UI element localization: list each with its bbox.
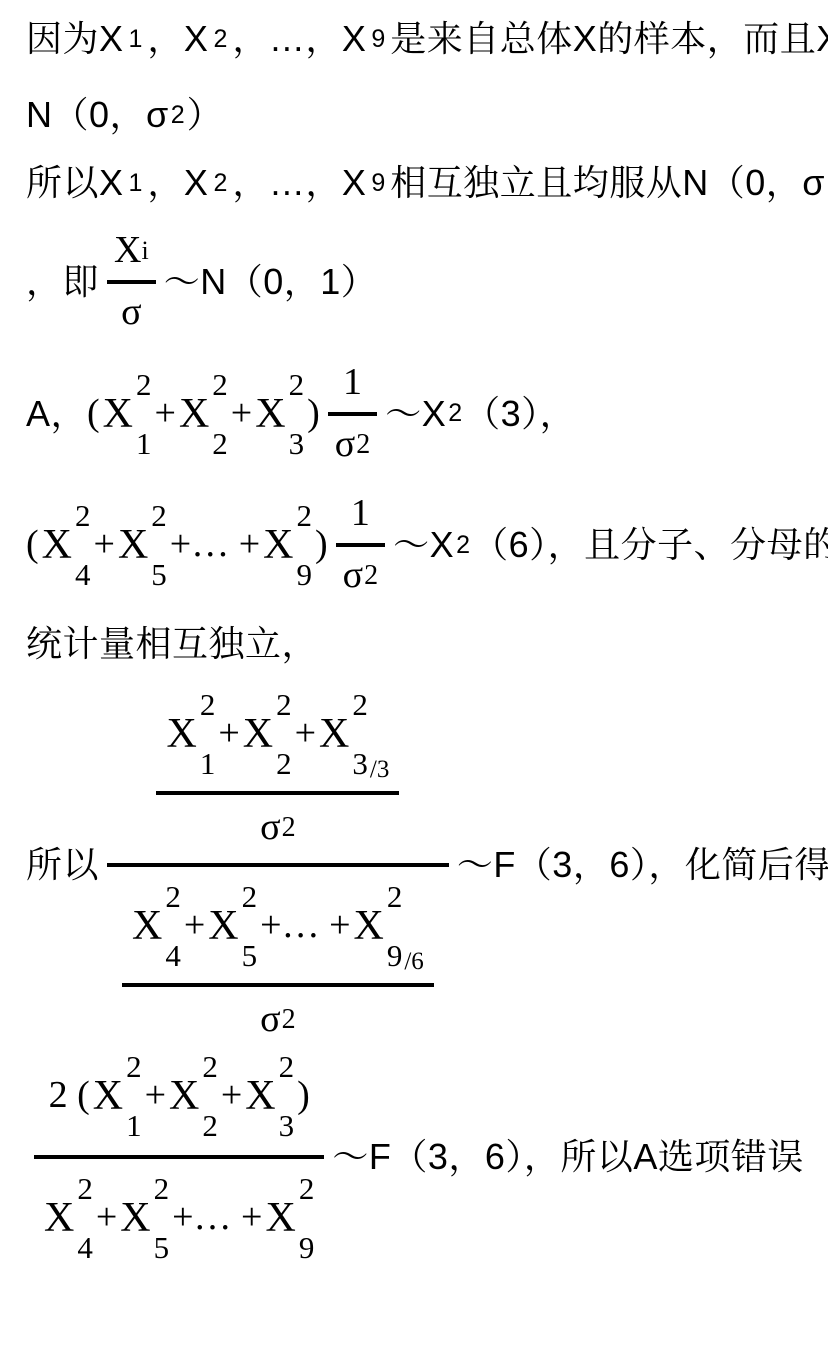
subscript-index: 4 bbox=[77, 1232, 93, 1263]
math-text: + bbox=[221, 1075, 242, 1117]
superscript: 2 bbox=[289, 369, 305, 400]
subscript-index: 9 bbox=[299, 1232, 315, 1263]
x-squared-term: X22 bbox=[169, 1051, 218, 1141]
script-stack: 21 bbox=[200, 689, 216, 779]
text: 相互独立且均服从N（0，σ bbox=[390, 160, 825, 206]
math-text: X bbox=[114, 230, 141, 272]
subscript: 1 bbox=[200, 748, 216, 779]
subscript-index: 2 bbox=[212, 428, 228, 459]
math-text: 1 bbox=[351, 493, 370, 535]
script-stack: 23 bbox=[279, 1051, 295, 1141]
math-text: ) bbox=[315, 524, 328, 566]
superscript: 2 bbox=[242, 881, 258, 912]
text: ～F（3，6），化简后得 bbox=[457, 842, 828, 888]
superscript: 2 bbox=[387, 881, 403, 912]
subscript: 5 bbox=[242, 940, 258, 971]
text: ，即 bbox=[26, 259, 99, 305]
script-stack: 25 bbox=[154, 1173, 170, 1263]
subscript: 9 bbox=[297, 559, 313, 590]
text: ，X bbox=[147, 16, 208, 62]
subscript: 2 bbox=[202, 1110, 218, 1141]
x-squared-term: X23 bbox=[245, 1051, 294, 1141]
subscript-index: 1 bbox=[136, 428, 152, 459]
x-squared-term: X24 bbox=[132, 881, 181, 971]
numerator: 1 bbox=[336, 362, 369, 404]
text: ，…，X bbox=[232, 16, 366, 62]
base-symbol: X bbox=[243, 713, 273, 755]
superscript: 2 bbox=[297, 500, 313, 531]
math-text: + bbox=[155, 393, 176, 435]
math-text: + bbox=[94, 524, 115, 566]
fraction-bar bbox=[328, 412, 377, 416]
x-squared-term: X21 bbox=[103, 369, 152, 459]
math-text: + bbox=[145, 1075, 166, 1117]
text: 统计量相互独立， bbox=[26, 621, 318, 667]
denominator: X24+X25+… +X29/6σ2 bbox=[107, 881, 449, 1041]
script-stack: 25 bbox=[242, 881, 258, 971]
base-symbol: X bbox=[354, 905, 384, 947]
subscript: 4 bbox=[75, 559, 91, 590]
subscript: 5 bbox=[151, 559, 167, 590]
fraction-bar bbox=[122, 983, 434, 987]
superscript: 2 bbox=[448, 401, 462, 426]
superscript: 2 bbox=[200, 689, 216, 720]
math-text: +… + bbox=[260, 905, 350, 947]
x-squared-term: X22 bbox=[179, 369, 228, 459]
fraction: 1σ2 bbox=[328, 362, 377, 466]
script-stack: 29/6 bbox=[387, 881, 424, 971]
superscript: 2 bbox=[151, 500, 167, 531]
superscript: 2 bbox=[77, 1173, 93, 1204]
script-stack: 24 bbox=[77, 1173, 93, 1263]
text: 所以 bbox=[26, 842, 99, 888]
script-stack: 22 bbox=[212, 369, 228, 459]
text: ，X bbox=[147, 160, 208, 206]
x-squared-term: X21 bbox=[93, 1051, 142, 1141]
x-squared-term: X25 bbox=[118, 500, 167, 590]
x-squared-term: X29/6 bbox=[354, 881, 424, 971]
math-superscript: 2 bbox=[356, 431, 370, 459]
math-text: +… + bbox=[172, 1197, 262, 1239]
math-line-4: ，即Xiσ～N（0，1） bbox=[26, 230, 822, 334]
superscript: 2 bbox=[279, 1051, 295, 1082]
text: ，…，X bbox=[232, 160, 366, 206]
math-superscript: 2 bbox=[364, 562, 378, 590]
base-symbol: X bbox=[93, 1075, 123, 1117]
math-text: 1 bbox=[343, 362, 362, 404]
x-squared-term: X29 bbox=[263, 500, 312, 590]
subscript: 3 bbox=[279, 1110, 295, 1141]
numerator: X21+X22+X23/3 bbox=[156, 689, 399, 779]
x-squared-term: X25 bbox=[208, 881, 257, 971]
subscript-index: 4 bbox=[165, 940, 181, 971]
subscript: 9/6 bbox=[387, 940, 424, 971]
subscript: 1 bbox=[129, 27, 143, 52]
fraction: X24+X25+… +X29/6σ2 bbox=[122, 881, 434, 1041]
base-symbol: X bbox=[319, 713, 349, 755]
solution-document: 因为X1，X2，…，X9是来自总体X的样本，而且X～N（0，σ2）所以X1，X2… bbox=[0, 0, 828, 1263]
math-text: + bbox=[218, 713, 239, 755]
superscript: 2 bbox=[171, 103, 185, 128]
denominator: σ2 bbox=[336, 555, 385, 597]
fraction-bar bbox=[156, 791, 399, 795]
base-symbol: X bbox=[208, 905, 238, 947]
subscript: 2 bbox=[213, 27, 227, 52]
subscript-index: 5 bbox=[242, 940, 258, 971]
subscript-index: 4 bbox=[75, 559, 91, 590]
math-text: + bbox=[96, 1197, 117, 1239]
base-symbol: X bbox=[132, 905, 162, 947]
base-symbol: X bbox=[255, 393, 285, 435]
math-text: σ bbox=[260, 807, 280, 849]
subscript: 9 bbox=[299, 1232, 315, 1263]
denominator: σ bbox=[114, 292, 148, 334]
subscript-index: 9 bbox=[387, 940, 403, 971]
math-text: σ bbox=[260, 999, 280, 1041]
subscript: 2 bbox=[213, 171, 227, 196]
subscript: 1 bbox=[136, 428, 152, 459]
subscript: 9 bbox=[371, 27, 385, 52]
fraction-bar bbox=[107, 280, 156, 284]
script-stack: 21 bbox=[136, 369, 152, 459]
x-squared-term: X23 bbox=[255, 369, 304, 459]
math-line-6: (X24+X25+… +X29)1σ2～X2（6），且分子、分母的 bbox=[26, 493, 822, 597]
script-stack: 23/3 bbox=[352, 689, 389, 779]
script-stack: 29 bbox=[297, 500, 313, 590]
subscript-index: 3 bbox=[352, 748, 368, 779]
divide-annotation: /6 bbox=[404, 949, 423, 974]
math-superscript: 2 bbox=[282, 814, 296, 842]
script-stack: 22 bbox=[276, 689, 292, 779]
fraction: X21+X22+X23/3σ2X24+X25+… +X29/6σ2 bbox=[107, 689, 449, 1041]
x-squared-term: X22 bbox=[243, 689, 292, 779]
superscript: 2 bbox=[154, 1173, 170, 1204]
superscript: 2 bbox=[165, 881, 181, 912]
subscript: 5 bbox=[154, 1232, 170, 1263]
text: ～F（3，6），所以A选项错误 bbox=[332, 1134, 804, 1180]
base-symbol: X bbox=[166, 713, 196, 755]
math-line-7: 统计量相互独立， bbox=[26, 621, 822, 667]
superscript: 2 bbox=[299, 1173, 315, 1204]
subscript-index: 1 bbox=[126, 1110, 142, 1141]
script-stack: 23 bbox=[289, 369, 305, 459]
script-stack: 25 bbox=[151, 500, 167, 590]
subscript-index: 2 bbox=[276, 748, 292, 779]
superscript: 2 bbox=[352, 689, 368, 720]
math-superscript: 2 bbox=[282, 1006, 296, 1034]
base-symbol: X bbox=[263, 524, 293, 566]
math-line-3: 所以X1，X2，…，X9相互独立且均服从N（0，σ2） bbox=[26, 160, 822, 206]
fraction-bar bbox=[107, 863, 449, 867]
denominator: σ2 bbox=[328, 424, 377, 466]
superscript: 2 bbox=[75, 500, 91, 531]
numerator: Xi bbox=[107, 230, 156, 272]
superscript: 2 bbox=[456, 533, 470, 558]
math-line-1: 因为X1，X2，…，X9是来自总体X的样本，而且X～ bbox=[26, 16, 822, 62]
numerator: X24+X25+… +X29/6 bbox=[122, 881, 434, 971]
subscript: 3/3 bbox=[352, 748, 389, 779]
x-squared-term: X25 bbox=[120, 1173, 169, 1263]
math-text: +… + bbox=[170, 524, 260, 566]
text: （6），且分子、分母的 bbox=[472, 522, 828, 568]
text: ） bbox=[187, 92, 224, 138]
superscript: 2 bbox=[136, 369, 152, 400]
subscript-index: 1 bbox=[200, 748, 216, 779]
x-squared-term: X23/3 bbox=[319, 689, 389, 779]
text: 所以X bbox=[26, 160, 124, 206]
fraction: Xiσ bbox=[107, 230, 156, 334]
script-stack: 21 bbox=[126, 1051, 142, 1141]
superscript: 2 bbox=[126, 1051, 142, 1082]
denominator: σ2 bbox=[253, 999, 302, 1041]
fraction: 2 (X21+X22+ X23)X24+X25+… +X29 bbox=[34, 1051, 324, 1263]
text: （3）， bbox=[464, 391, 576, 437]
text: ～X bbox=[385, 391, 446, 437]
base-symbol: X bbox=[42, 524, 72, 566]
text: ～N（0，1） bbox=[164, 259, 378, 305]
superscript: 2 bbox=[212, 369, 228, 400]
base-symbol: X bbox=[103, 393, 133, 435]
subscript: 9 bbox=[371, 171, 385, 196]
math-text: + bbox=[184, 905, 205, 947]
math-text: 2 ( bbox=[49, 1075, 90, 1117]
base-symbol: X bbox=[266, 1197, 296, 1239]
math-subscript: i bbox=[141, 238, 148, 264]
text: N（0，σ bbox=[26, 92, 169, 138]
x-squared-term: X29 bbox=[266, 1173, 315, 1263]
subscript-index: 9 bbox=[297, 559, 313, 590]
x-squared-term: X21 bbox=[166, 689, 215, 779]
math-text: ) bbox=[307, 393, 320, 435]
math-text: ) bbox=[297, 1075, 310, 1117]
fraction-bar bbox=[34, 1155, 324, 1159]
math-text: σ bbox=[343, 555, 363, 597]
math-line-8: 所以X21+X22+X23/3σ2X24+X25+… +X29/6σ2～F（3，… bbox=[26, 689, 822, 1041]
text: ～X bbox=[393, 522, 454, 568]
base-symbol: X bbox=[179, 393, 209, 435]
fraction-bar bbox=[336, 543, 385, 547]
subscript-index: 2 bbox=[202, 1110, 218, 1141]
subscript-index: 3 bbox=[289, 428, 305, 459]
divide-annotation: /3 bbox=[370, 757, 389, 782]
script-stack: 24 bbox=[165, 881, 181, 971]
math-line-9: 2 (X21+X22+ X23)X24+X25+… +X29～F（3，6），所以… bbox=[26, 1051, 822, 1263]
fraction: 1σ2 bbox=[336, 493, 385, 597]
script-stack: 29 bbox=[299, 1173, 315, 1263]
subscript: 2 bbox=[212, 428, 228, 459]
math-line-2: N（0，σ2） bbox=[26, 92, 822, 138]
fraction: X21+X22+X23/3σ2 bbox=[156, 689, 399, 849]
x-squared-term: X24 bbox=[44, 1173, 93, 1263]
superscript: 2 bbox=[276, 689, 292, 720]
subscript: 3 bbox=[289, 428, 305, 459]
superscript: 2 bbox=[202, 1051, 218, 1082]
text: 是来自总体X的样本，而且X～ bbox=[390, 16, 828, 62]
subscript: 1 bbox=[129, 171, 143, 196]
subscript-index: 5 bbox=[151, 559, 167, 590]
math-line-5: A，(X21+X22+X23)1σ2～X2（3）， bbox=[26, 362, 822, 466]
base-symbol: X bbox=[118, 524, 148, 566]
subscript: 2 bbox=[276, 748, 292, 779]
base-symbol: X bbox=[169, 1075, 199, 1117]
math-text: ( bbox=[26, 524, 39, 566]
math-text: + bbox=[295, 713, 316, 755]
subscript: 1 bbox=[126, 1110, 142, 1141]
math-text: + bbox=[231, 393, 252, 435]
subscript: 4 bbox=[77, 1232, 93, 1263]
x-squared-term: X24 bbox=[42, 500, 91, 590]
subscript-index: 5 bbox=[154, 1232, 170, 1263]
math-text: σ bbox=[121, 292, 141, 334]
text: 因为X bbox=[26, 16, 124, 62]
text: A， bbox=[26, 391, 87, 437]
denominator: σ2 bbox=[253, 807, 302, 849]
math-text: σ bbox=[335, 424, 355, 466]
numerator: 2 (X21+X22+ X23) bbox=[42, 1051, 317, 1141]
base-symbol: X bbox=[120, 1197, 150, 1239]
base-symbol: X bbox=[245, 1075, 275, 1117]
numerator: 1 bbox=[344, 493, 377, 535]
subscript: 4 bbox=[165, 940, 181, 971]
denominator: X24+X25+… +X29 bbox=[34, 1173, 324, 1263]
subscript-index: 3 bbox=[279, 1110, 295, 1141]
script-stack: 22 bbox=[202, 1051, 218, 1141]
base-symbol: X bbox=[44, 1197, 74, 1239]
numerator: X21+X22+X23/3σ2 bbox=[141, 689, 414, 849]
script-stack: 24 bbox=[75, 500, 91, 590]
math-text: ( bbox=[87, 393, 100, 435]
